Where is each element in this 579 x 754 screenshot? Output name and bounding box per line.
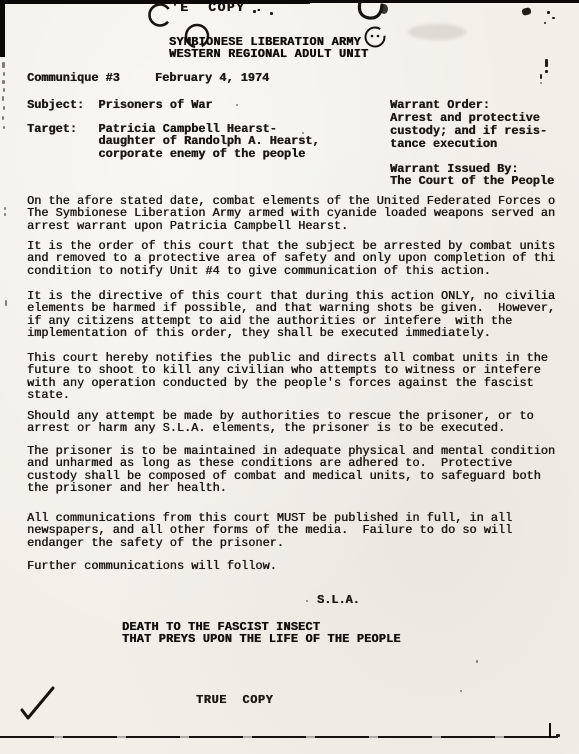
true-copy-label: TRUE COPY <box>196 694 273 706</box>
noise-speck <box>2 116 4 120</box>
noise-speck <box>3 126 5 129</box>
noise-speck <box>3 88 5 92</box>
paragraph-6: The prisoner is to be maintained in adeq… <box>27 445 555 494</box>
noise-speck <box>540 74 542 79</box>
noise-speck <box>3 72 5 76</box>
letterhead-line2: WESTERN REGIONAL ADULT UNIT <box>169 48 368 60</box>
warrant-issued-block: Warrant Issued By: The Court of the Peop… <box>390 163 554 188</box>
noise-speck <box>476 660 478 663</box>
scan-edge-bottom-rule <box>0 736 558 738</box>
noise-speck <box>3 106 5 110</box>
paragraph-1: On the afore stated date, combat element… <box>27 195 555 232</box>
target-block: Target: Patricia Campbell Hearst- daught… <box>27 123 320 160</box>
communique-date: February 4, 1974 <box>155 72 269 84</box>
subject-line: Subject: Prisoners of War <box>27 99 213 111</box>
checkmark-mark <box>8 682 78 732</box>
noise-speck <box>236 104 238 106</box>
paragraph-4: This court hereby notifies the public an… <box>27 352 548 401</box>
noise-speck <box>545 59 548 67</box>
scan-bottom-tick <box>549 723 551 738</box>
noise-speck <box>2 96 4 101</box>
paragraph-5: Should any attempt be made by authoritie… <box>27 410 534 435</box>
paragraph-7: All communications from this court MUST … <box>27 512 512 549</box>
noise-speck <box>4 207 6 210</box>
warrant-order-block: Warrant Order: Arrest and protective cus… <box>390 99 547 151</box>
paragraph-2: It is the order of this court that the s… <box>27 240 555 277</box>
paragraph-8: Further communications will follow. <box>27 560 277 572</box>
noise-speck <box>540 82 542 84</box>
communique-number: Communique #3 <box>27 72 120 84</box>
noise-speck <box>4 213 6 216</box>
signature-sla: S.L.A. <box>317 594 360 606</box>
true-copy-stamp-fragment: 'E COPY . <box>171 2 264 14</box>
slogan-block: DEATH TO THE FASCIST INSECT THAT PREYS U… <box>122 621 401 646</box>
noise-speck <box>556 734 560 737</box>
noise-speck <box>2 62 5 68</box>
noise-speck <box>5 300 7 306</box>
document-page: 'E COPY . SYMBIONESE LIBERATION ARMY WES… <box>0 0 579 754</box>
paragraph-3: It is the directive of this court that d… <box>27 290 555 339</box>
noise-speck <box>306 600 308 602</box>
noise-speck <box>460 690 462 692</box>
noise-speck <box>545 70 548 73</box>
noise-speck <box>2 80 5 84</box>
